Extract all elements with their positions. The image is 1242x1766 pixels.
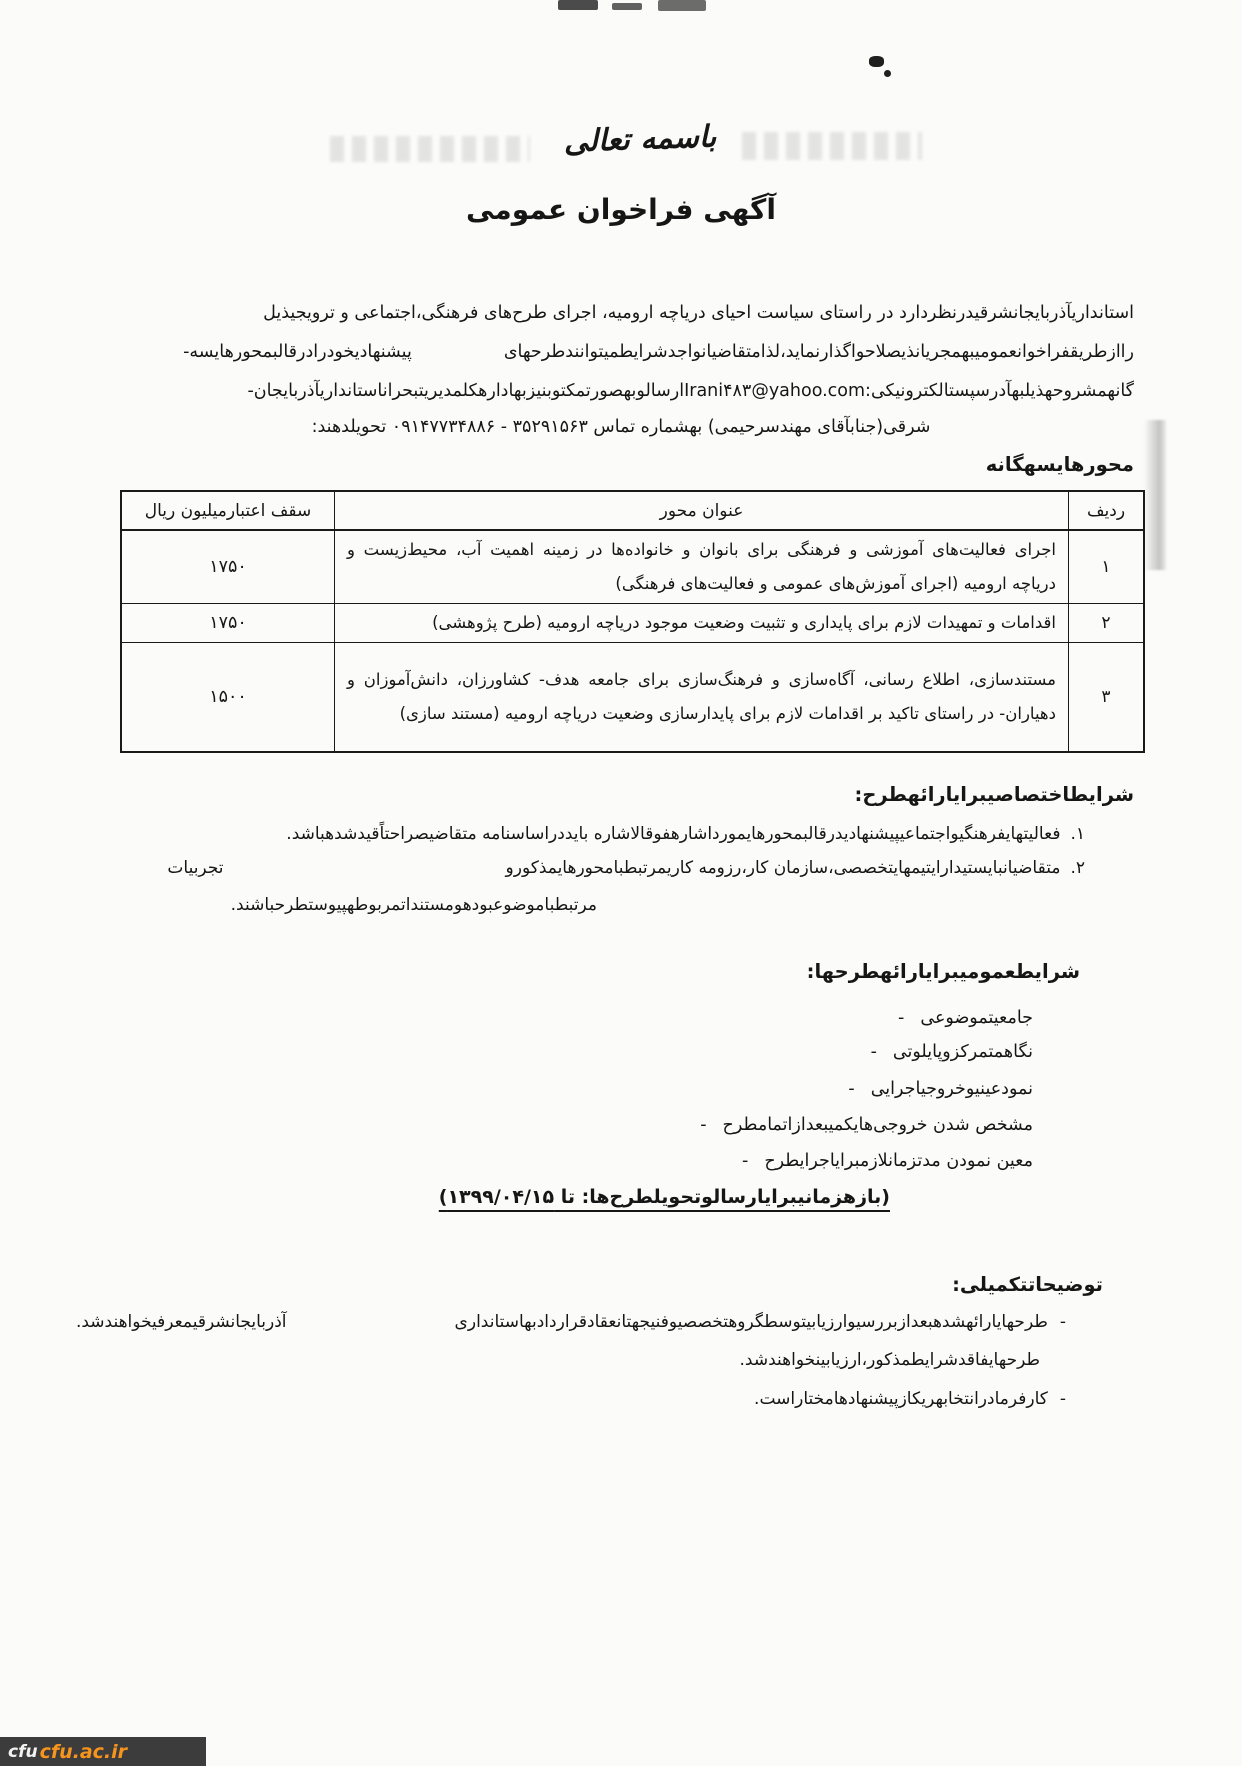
page-title: آگهی فراخوان عمومی [0, 193, 1242, 226]
watermark-url: cfu.ac.ir [40, 1741, 127, 1763]
scan-artifact [869, 56, 884, 67]
scanned-document-page: باسمه تعالی آگهی فراخوان عمومی استانداری… [0, 0, 1242, 1766]
note-2: -کارفرمادرانتخابهریکازپیشنهادهامختاراست. [754, 1389, 1066, 1409]
specific-item-1: ۱.فعالیتهایفرهنگیواجتماعیپیشنهادیدرقالبم… [286, 821, 1085, 847]
bullet-dash: - [898, 1008, 904, 1028]
scan-artifact [558, 0, 598, 10]
bullet-text: مشخص شدن خروجی‌هایکمیبعدازاتمامطرح [723, 1115, 1033, 1135]
item-number: ۱. [1070, 821, 1085, 847]
note-text-right: طرحهایارائهشدهبعدازبررسیوارزیابیتوسطگروه… [455, 1312, 1048, 1332]
general-bullet-3: نمودعینیوخروجیاجرایی- [848, 1079, 1033, 1099]
col-header-row-no: ردیف [1069, 491, 1145, 530]
site-watermark: cfu cfu.ac.ir [0, 1737, 206, 1766]
note-1-line-2: طرحهایفاقدشرایطمذکور،ارزیابینخواهندشد. [740, 1350, 1040, 1370]
specific-item-2-line-1: ۲.متقاضیانبایستیدارایتیمهایتخصصی،سازمان … [167, 855, 1085, 881]
email-address: Irani۴۸۳@yahoo.com [684, 381, 865, 401]
intro-line-2-left: پیشنهادیخودرادرقالبمحورهایسه- [183, 342, 412, 362]
bullet-dash: - [848, 1079, 854, 1099]
note-text-left: آذربایجانشرقیمعرفیخواهندشد. [76, 1312, 287, 1332]
table-header-row: ردیف عنوان محور سقف اعتبارمیلیون ریال [121, 491, 1144, 530]
row-no-cell: ۲ [1069, 604, 1145, 643]
table-row: ۱ اجرای فعالیت‌های آموزشی و فرهنگی برای … [121, 530, 1144, 604]
bullet-dash: - [742, 1151, 748, 1171]
submission-deadline: (بازهزمانیبرایارسالوتحویلطرح‌ها: تا ۱۳۹۹… [439, 1186, 890, 1208]
intro-line-1: استانداریآذربایجانشرقیدرنظردارد در راستا… [263, 300, 1134, 327]
intro-line-3: گانهمشروحهذیلبهآدرسپستالکترونیکی:Irani۴۸… [247, 378, 1134, 405]
intro-line-2-right: راازطریقفراخوانعمومیبهمجریانذیصلاحواگذار… [504, 342, 1134, 362]
bullet-text: معین نمودن مدتزمانلازمبرایاجرایطرح [764, 1151, 1033, 1171]
intro-line-3-right: گانهمشروحهذیلبهآدرسپستالکترونیکی: [865, 381, 1134, 401]
specific-item-2-line-2: مرتبطباموضوعبودهومستنداتمربوطهپیوستطرحبا… [231, 892, 597, 918]
general-bullet-4: مشخص شدن خروجی‌هایکمیبعدازاتمامطرح- [700, 1115, 1033, 1135]
bullet-text: نمودعینیوخروجیاجرایی [871, 1079, 1033, 1099]
subject-cell: اقدامات و تمهیدات لازم برای پایداری و تث… [335, 604, 1069, 643]
specific-conditions-heading: شرایطاختصاصیبرایارائهطرح: [855, 783, 1134, 806]
row-no-cell: ۳ [1069, 643, 1145, 752]
notes-heading: توضیحاتتکمیلی: [952, 1273, 1103, 1296]
axes-heading: محورهایسهگانه [986, 453, 1134, 476]
general-conditions-heading: شرایطعمومیبرایارائهطرحها: [807, 960, 1080, 983]
item-text: فعالیتهایفرهنگیواجتماعیپیشنهادیدرقالبمحو… [286, 824, 1060, 844]
general-bullet-5: معین نمودن مدتزمانلازمبرایاجرایطرح- [742, 1151, 1033, 1171]
subject-cell: مستندسازی، اطلاع رسانی، آگاه‌سازی و فرهن… [335, 643, 1069, 752]
col-header-budget: سقف اعتبارمیلیون ریال [121, 491, 335, 530]
table-row: ۳ مستندسازی، اطلاع رسانی، آگاه‌سازی و فر… [121, 643, 1144, 752]
row-no-cell: ۱ [1069, 530, 1145, 604]
general-bullet-2: نگاهمتمرکزوپایلوتی- [871, 1042, 1033, 1062]
item-text: متقاضیانبایستیدارایتیمهایتخصصی،سازمان کا… [506, 858, 1061, 878]
scan-artifact [658, 0, 706, 11]
budget-cell: ۱۷۵۰ [121, 604, 335, 643]
intro-line-4-contact: شرقی(جنابآقای مهندسرحیمی) بهشماره تماس ۳… [0, 417, 1242, 437]
table-row: ۲ اقدامات و تمهیدات لازم برای پایداری و … [121, 604, 1144, 643]
note-text: کارفرمادرانتخابهریکازپیشنهادهامختاراست. [754, 1389, 1048, 1409]
intro-line-2: راازطریقفراخوانعمومیبهمجریانذیصلاحواگذار… [183, 339, 1134, 366]
subject-cell: اجرای فعالیت‌های آموزشی و فرهنگی برای با… [335, 530, 1069, 604]
axes-table: ردیف عنوان محور سقف اعتبارمیلیون ریال ۱ … [120, 490, 1145, 753]
item-number: ۲. [1070, 855, 1085, 881]
bullet-dash: - [700, 1115, 706, 1135]
bullet-dash: - [1060, 1389, 1066, 1409]
scan-edge-shadow [1144, 420, 1166, 570]
bullet-text: نگاهمتمرکزوپایلوتی [893, 1042, 1033, 1062]
col-header-subject: عنوان محور [335, 491, 1069, 530]
intro-line-3-left: ارسالوبهصورتمکتوبنیزبهادارهکلمدیریتبحران… [247, 381, 684, 401]
general-bullet-1: جامعیتموضوعی- [898, 1008, 1033, 1028]
cfu-logo: cfu [8, 1742, 38, 1762]
budget-cell: ۱۷۵۰ [121, 530, 335, 604]
item-text-left: تجربیات [167, 858, 223, 878]
bullet-dash: - [871, 1042, 877, 1062]
bullet-dash: - [1060, 1312, 1066, 1332]
scan-artifact [884, 70, 891, 77]
budget-cell: ۱۵۰۰ [121, 643, 335, 752]
scan-artifact [612, 3, 642, 10]
note-1-line-1: -طرحهایارائهشدهبعدازبررسیوارزیابیتوسطگرو… [76, 1312, 1066, 1332]
bullet-text: جامعیتموضوعی [920, 1008, 1033, 1028]
